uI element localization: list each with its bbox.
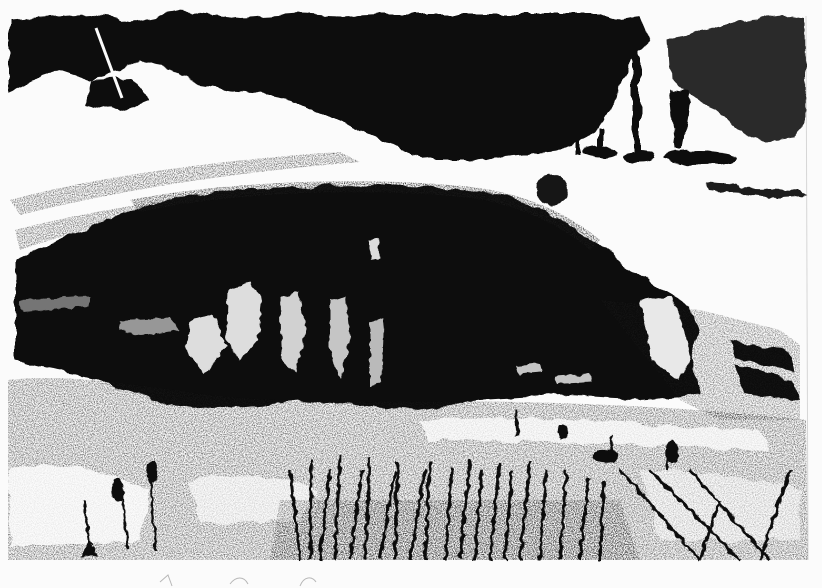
bush bbox=[536, 174, 568, 206]
monotype-print: Black-and-white monotype print of a pond… bbox=[0, 0, 822, 588]
print-canvas bbox=[0, 0, 822, 588]
reed-mass bbox=[270, 500, 640, 560]
